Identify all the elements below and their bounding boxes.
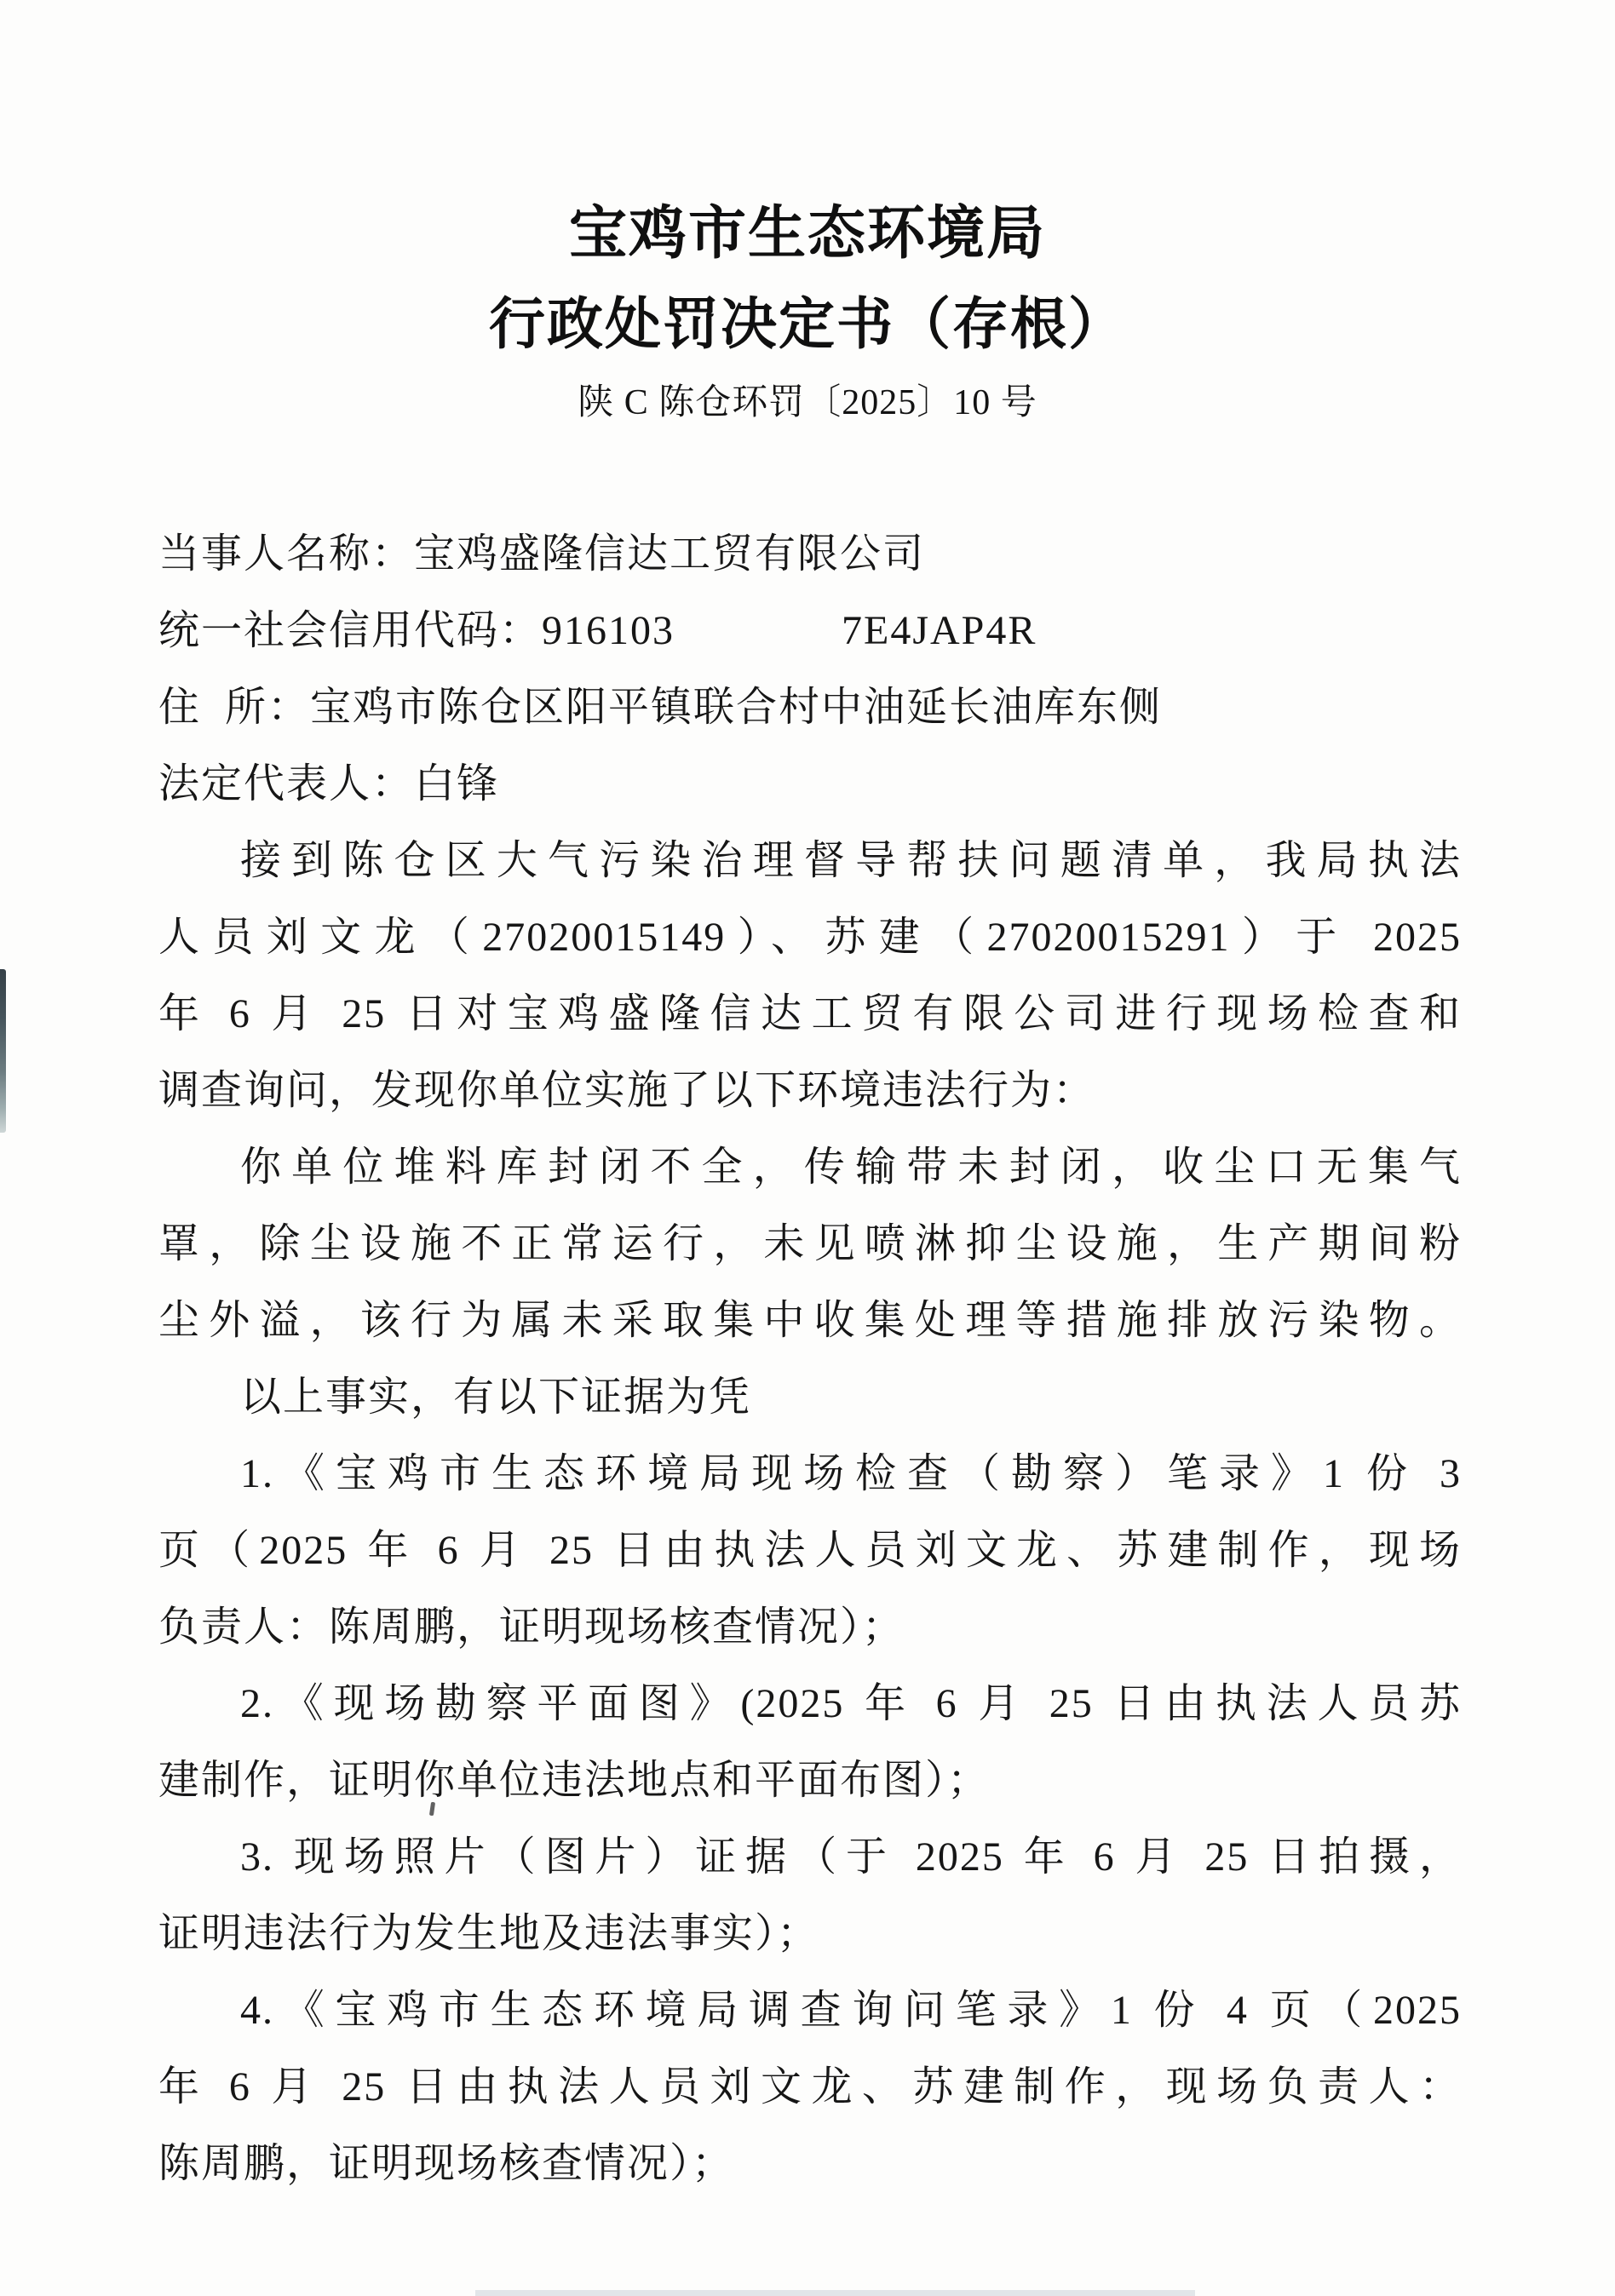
document-title-line2: 行政处罚决定书（存根） bbox=[0, 281, 1615, 366]
body-line: 罩，除尘设施不正常运行，未见喷淋抑尘设施，生产期间粉 bbox=[158, 1206, 1462, 1283]
body-line: 当事人名称：宝鸡盛隆信达工贸有限公司 bbox=[158, 516, 1462, 593]
body-line: 证明违法行为发生地及违法事实）； bbox=[158, 1896, 1462, 1972]
body-line: 接到陈仓区大气污染治理督导帮扶问题清单，我局执法 bbox=[158, 823, 1462, 899]
body-line: 1.《宝鸡市生态环境局现场检查（勘察）笔录》1 份 3 bbox=[158, 1436, 1462, 1512]
body-line: 页（2025 年 6 月 25 日由执法人员刘文龙、苏建制作，现场 bbox=[158, 1512, 1462, 1589]
body-line: 尘外溢，该行为属未采取集中收集处理等措施排放污染物。 bbox=[158, 1283, 1462, 1359]
scan-artifact-bottom-edge bbox=[475, 2290, 1195, 2296]
body-line: 法定代表人：白锋 bbox=[158, 746, 1462, 823]
body-line: 人员刘文龙（27020015149）、苏建（27020015291）于 2025 bbox=[158, 899, 1462, 976]
body-line: 住 所：宝鸡市陈仓区阳平镇联合村中油延长油库东侧 bbox=[158, 669, 1462, 746]
scanned-document-page: 宝鸡市生态环境局 行政处罚决定书（存根） 陕 C 陈仓环罚〔2025〕10 号 … bbox=[0, 0, 1615, 2296]
body-line: 你单位堆料库封闭不全，传输带未封闭，收尘口无集气 bbox=[158, 1129, 1462, 1206]
body-line: 建制作，证明你单位违法地点和平面布图）； bbox=[158, 1742, 1462, 1819]
body-line: 调查询问，发现你单位实施了以下环境违法行为： bbox=[158, 1053, 1462, 1129]
body-line: 负责人：陈周鹏，证明现场核查情况）； bbox=[158, 1589, 1462, 1666]
body-line: 以上事实，有以下证据为凭 bbox=[158, 1359, 1462, 1436]
scan-artifact-left-edge bbox=[0, 969, 6, 1133]
body-line: 陈周鹏，证明现场核查情况）； bbox=[158, 2126, 1462, 2202]
body-line: 年 6 月 25 日对宝鸡盛隆信达工贸有限公司进行现场检查和 bbox=[158, 976, 1462, 1053]
body-line: 3. 现场照片（图片）证据（于 2025 年 6 月 25 日拍摄， bbox=[158, 1819, 1462, 1896]
body-line: 4.《宝鸡市生态环境局调查询问笔录》1 份 4 页（2025 bbox=[158, 1972, 1462, 2049]
document-number: 陕 C 陈仓环罚〔2025〕10 号 bbox=[0, 376, 1615, 429]
document-body: 当事人名称：宝鸡盛隆信达工贸有限公司统一社会信用代码：916103 7E4JAP… bbox=[158, 516, 1462, 2202]
body-line: 年 6 月 25 日由执法人员刘文龙、苏建制作，现场负责人： bbox=[158, 2049, 1462, 2126]
body-line: 2.《现场勘察平面图》(2025 年 6 月 25 日由执法人员苏 bbox=[158, 1666, 1462, 1742]
document-title-line1: 宝鸡市生态环境局 bbox=[0, 192, 1615, 274]
body-line: 统一社会信用代码：916103 7E4JAP4R bbox=[158, 593, 1462, 669]
